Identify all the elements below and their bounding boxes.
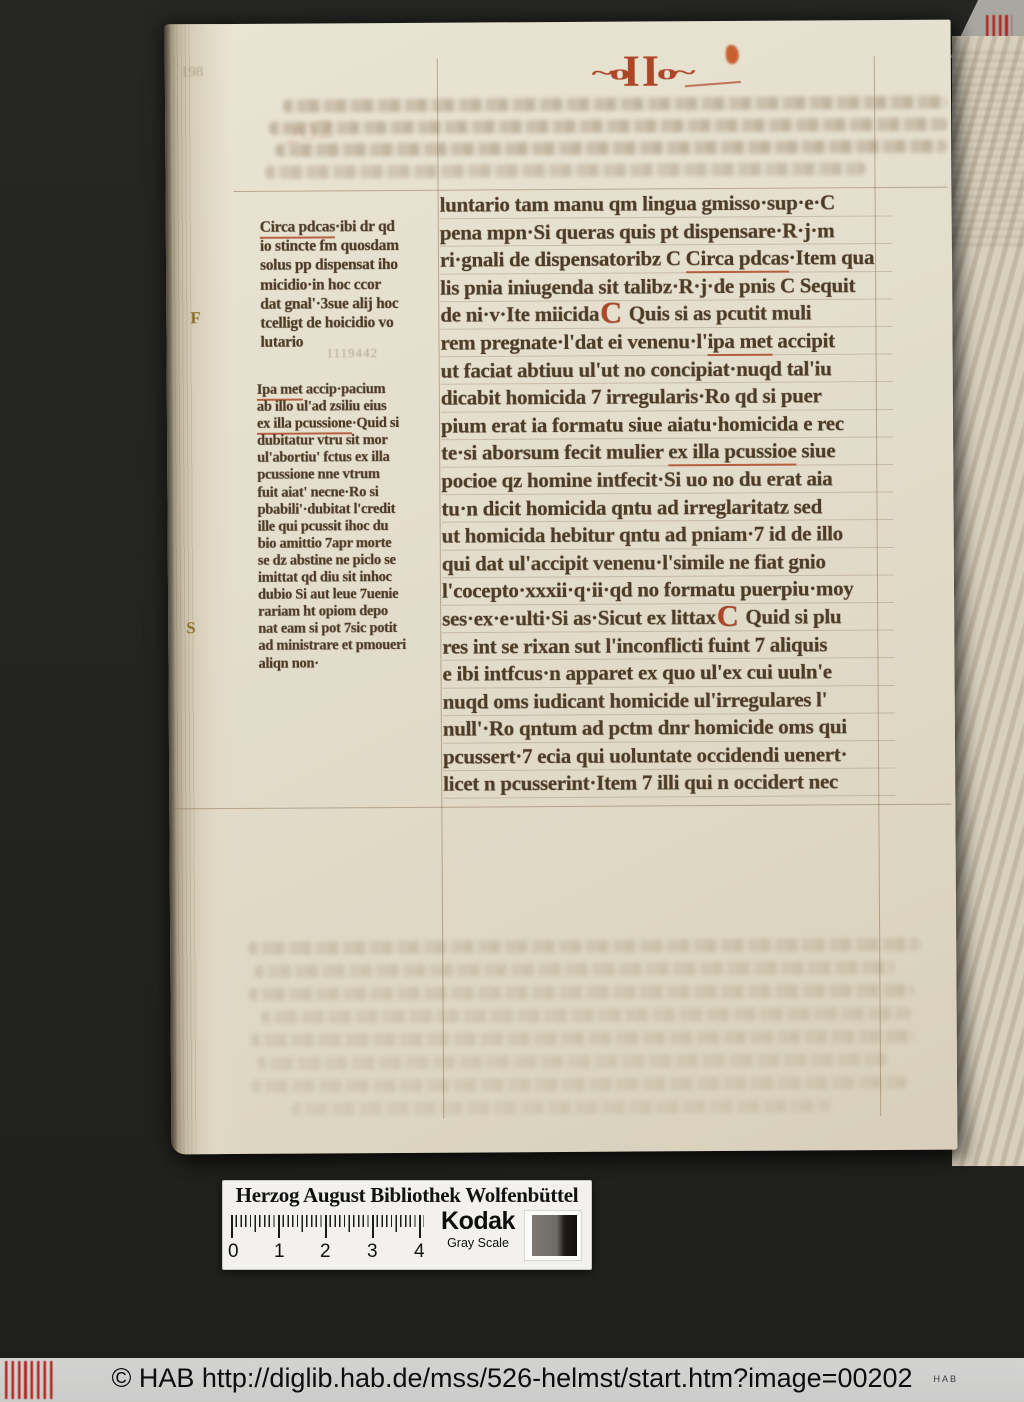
bleedthrough-line [269,118,947,135]
chapter-numeral: II [623,46,662,95]
bleedthrough-line [291,1099,831,1115]
bleedthrough-line [251,1076,907,1093]
chapter-numeral-group: ~o II o~ [557,49,727,94]
ruler-number-3: 3 [367,1241,378,1263]
main-text-column: luntario tam manu qm lingua gmisso·sup·e… [440,189,896,801]
manuscript-page: 198 202 ~o II o~ Circa pdcas·ibi dr qdio… [165,20,958,1155]
marginal-gloss-paragraph-1: Circa pdcas·ibi dr qdio stincte fm quosd… [260,217,439,352]
page-spine-edge [165,24,238,1154]
rubric-flourish-left: ~o [592,60,627,86]
digitized-manuscript-photo: 198 202 ~o II o~ Circa pdcas·ibi dr qdio… [0,0,1024,1402]
margin-letter-lower: S [186,618,196,638]
bleedthrough-line [283,96,947,113]
bleedthrough-line [257,1053,887,1070]
facing-page-ghost-text [952,46,1024,246]
rubric-tail-stroke [685,81,741,87]
marginal-gloss-paragraph-2: Ipa met accip·paciumab illo ul'ad zsiliu… [257,381,441,673]
library-name-label: Herzog August Bibliothek Wolfenbüttel [223,1183,591,1208]
kodak-label-group: Kodak Gray Scale [435,1209,521,1250]
bleedthrough-line [261,1007,911,1024]
facing-page-edge [952,36,1024,1166]
gray-scale-patch [524,1210,582,1261]
bleedthrough-line [265,162,865,179]
pencil-shelfmark-note: 1119442 [327,345,379,361]
scale-card: Herzog August Bibliothek Wolfenbüttel 0 … [222,1180,592,1270]
folio-number-note: 198 [181,64,204,81]
ruler-number-4: 4 [414,1241,425,1263]
ruler-number-1: 1 [274,1241,285,1263]
gray-scale-label: Gray Scale [435,1236,521,1250]
bleedthrough-line [251,1030,915,1047]
bleedthrough-line [275,140,947,157]
kodak-brand-label: Kodak [435,1209,521,1234]
rubric-flourish-right: o~ [657,59,692,85]
red-ink-blotch [726,45,739,64]
bleedthrough-line [248,984,914,1001]
bleedthrough-line [248,938,920,955]
copyright-caption: © HAB http://diglib.hab.de/mss/526-helms… [0,1363,1024,1394]
centimeter-ruler: 0 1 2 3 4 [231,1215,429,1261]
ruler-number-0: 0 [228,1241,239,1263]
bleedthrough-line [254,961,894,978]
margin-letter-upper: F [190,308,201,328]
footer-bar: © HAB http://diglib.hab.de/mss/526-helms… [0,1358,1024,1402]
gray-scale-cells [532,1215,577,1256]
footer-right-mark: HAB [933,1374,958,1384]
ruler-ticks [231,1215,424,1238]
ruling-line-horizontal-bottom [171,804,951,810]
ruler-number-2: 2 [320,1241,331,1263]
